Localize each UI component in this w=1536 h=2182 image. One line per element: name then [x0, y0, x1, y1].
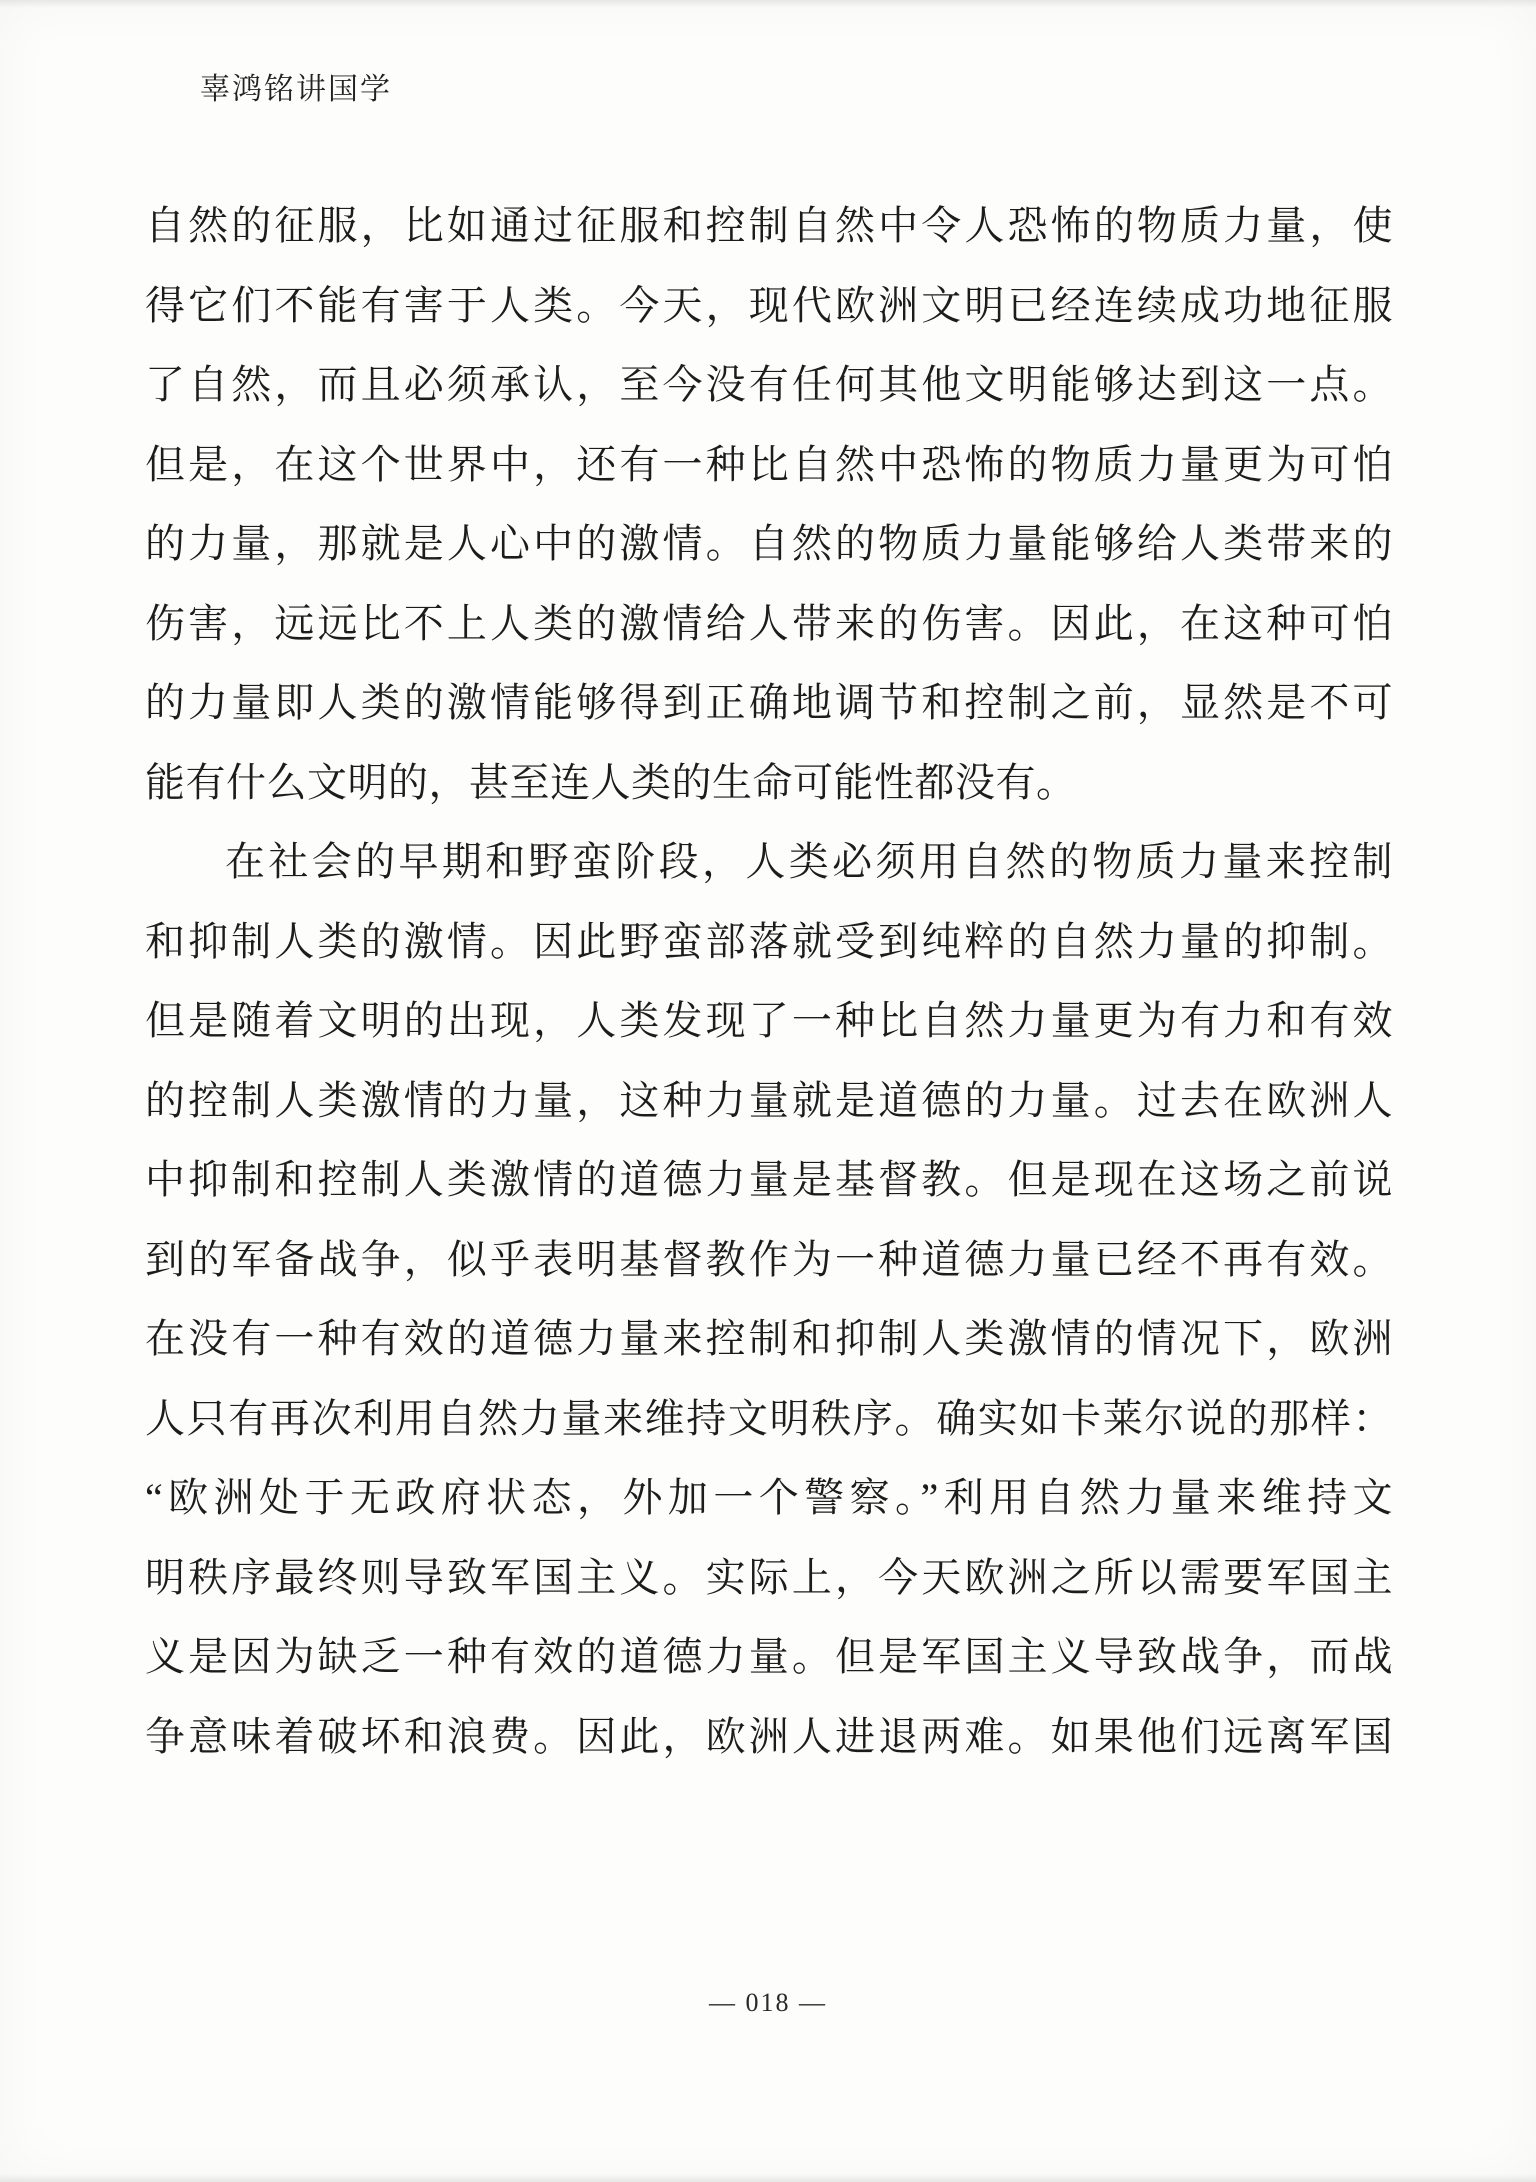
text-line: 中抑制和控制人类激情的道德力量是基督教。但是现在这场之前说 [145, 1140, 1393, 1220]
text-line: 伤害，远远比不上人类的激情给人带来的伤害。因此，在这种可怕 [145, 584, 1393, 664]
text-line: 得它们不能有害于人类。今天，现代欧洲文明已经连续成功地征服 [145, 266, 1393, 346]
text-line: 到的军备战争，似乎表明基督教作为一种道德力量已经不再有效。 [145, 1220, 1393, 1300]
scan-edge-bottom [0, 2174, 1536, 2182]
text-line: 的力量，那就是人心中的激情。自然的物质力量能够给人类带来的 [145, 504, 1393, 584]
book-page: 辜鸿铭讲国学 自然的征服，比如通过征服和控制自然中令人恐怖的物质力量，使 得它们… [0, 0, 1536, 2182]
text-line-paragraph-end: 能有什么文明的，甚至连人类的生命可能性都没有。 [145, 743, 1393, 823]
text-line: “欧洲处于无政府状态，外加一个警察。”利用自然力量来维持文 [145, 1458, 1393, 1538]
text-line: 和抑制人类的激情。因此野蛮部落就受到纯粹的自然力量的抑制。 [145, 902, 1393, 982]
body-text: 自然的征服，比如通过征服和控制自然中令人恐怖的物质力量，使 得它们不能有害于人类… [145, 186, 1393, 1776]
text-line: 了自然，而且必须承认，至今没有任何其他文明能够达到这一点。 [145, 345, 1393, 425]
scan-edge-top [0, 0, 1536, 8]
page-number: — 018 — [0, 1988, 1536, 2018]
text-line: 在没有一种有效的道德力量来控制和抑制人类激情的情况下，欧洲 [145, 1299, 1393, 1379]
text-line: 争意味着破坏和浪费。因此，欧洲人进退两难。如果他们远离军国 [145, 1697, 1393, 1777]
text-line: 但是随着文明的出现，人类发现了一种比自然力量更为有力和有效 [145, 981, 1393, 1061]
text-line: 的力量即人类的激情能够得到正确地调节和控制之前，显然是不可 [145, 663, 1393, 743]
text-line: 的控制人类激情的力量，这种力量就是道德的力量。过去在欧洲人 [145, 1061, 1393, 1141]
running-head-title: 辜鸿铭讲国学 [200, 64, 392, 108]
text-line: 但是，在这个世界中，还有一种比自然中恐怖的物质力量更为可怕 [145, 425, 1393, 505]
text-line-paragraph-start: 在社会的早期和野蛮阶段，人类必须用自然的物质力量来控制 [145, 822, 1393, 902]
text-line: 明秩序最终则导致军国主义。实际上，今天欧洲之所以需要军国主 [145, 1538, 1393, 1618]
text-line: 义是因为缺乏一种有效的道德力量。但是军国主义导致战争，而战 [145, 1617, 1393, 1697]
text-line: 人只有再次利用自然力量来维持文明秩序。确实如卡莱尔说的那样： [145, 1379, 1393, 1459]
text-line: 自然的征服，比如通过征服和控制自然中令人恐怖的物质力量，使 [145, 186, 1393, 266]
